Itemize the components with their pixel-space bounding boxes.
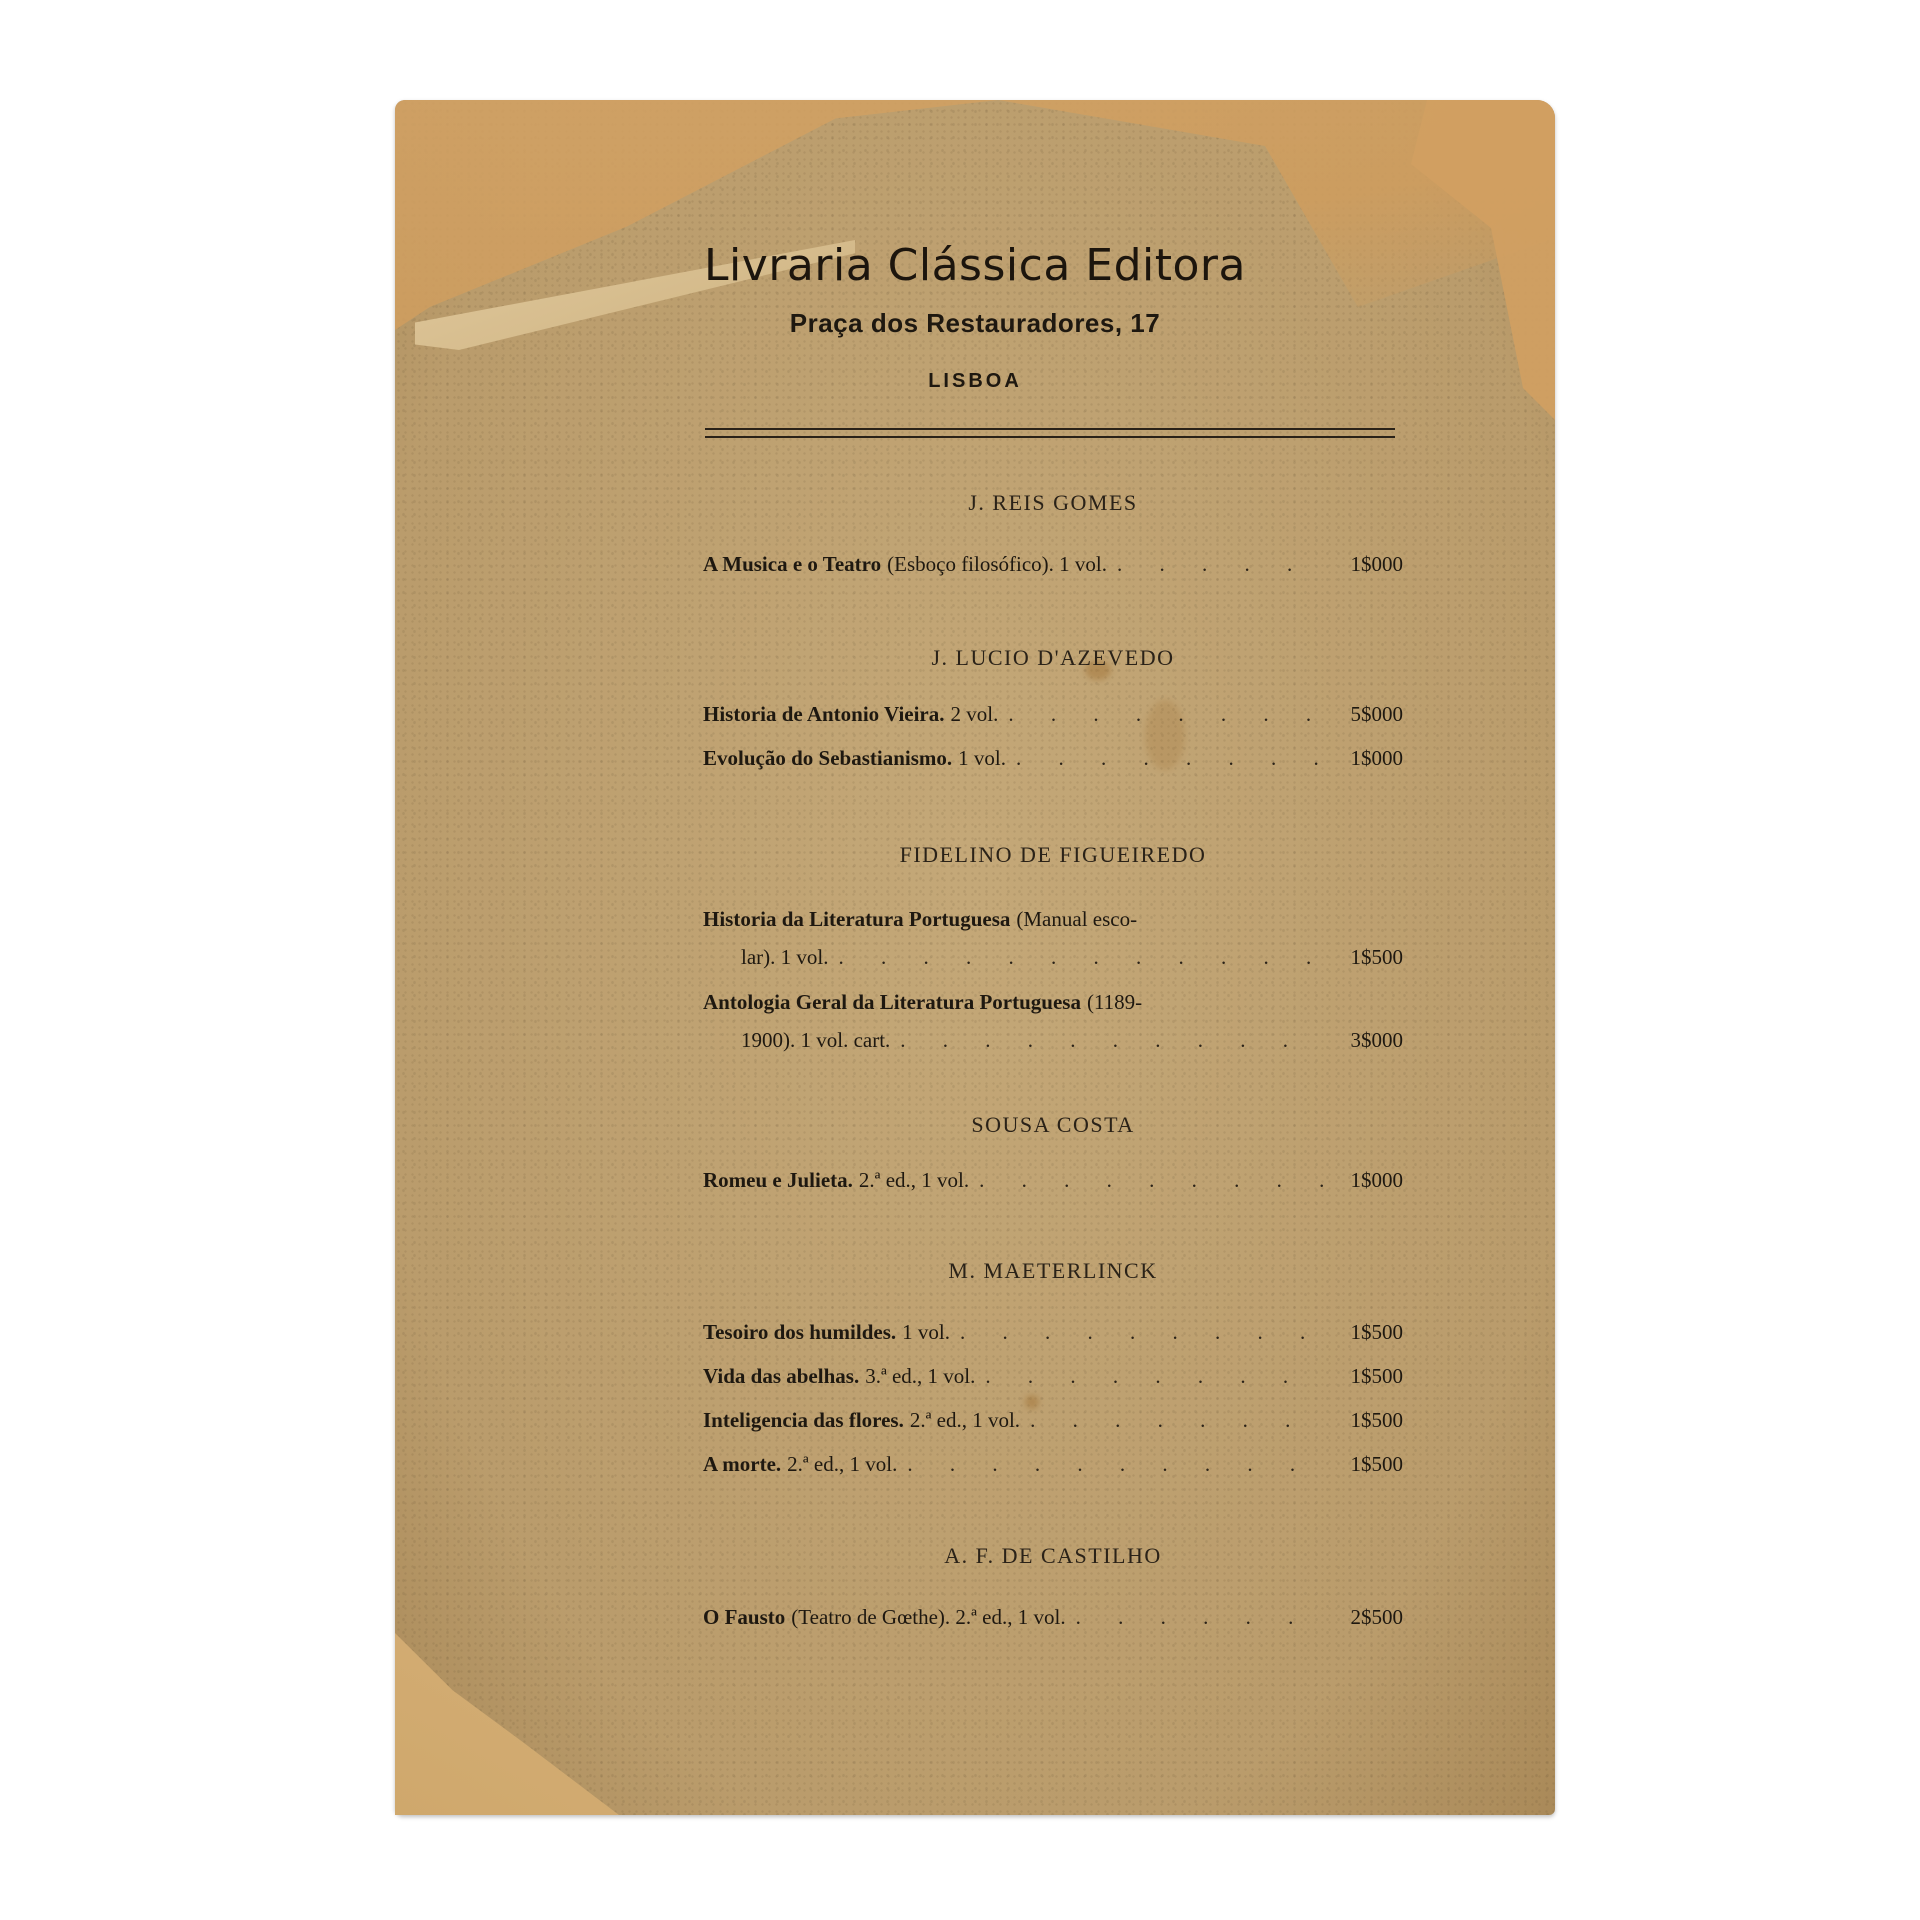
leader-dots xyxy=(960,1318,1323,1346)
book-price: 1$500 xyxy=(1333,1450,1403,1478)
book-entry-continuation: lar). 1 vol. 1$500 xyxy=(703,943,1403,971)
divider-rule xyxy=(705,428,1395,430)
book-entry-continuation: 1900). 1 vol. cart. 3$000 xyxy=(703,1026,1403,1054)
book-details: 2.ª ed., 1 vol. xyxy=(787,1450,897,1478)
book-title: Tesoiro dos humildes. xyxy=(703,1318,896,1346)
book-price: 1$500 xyxy=(1333,1406,1403,1434)
book-title: A Musica e o Teatro xyxy=(703,550,881,578)
book-details: 2 vol. xyxy=(951,700,999,728)
book-details: 2.ª ed., 1 vol. xyxy=(859,1166,969,1194)
book-price: 1$500 xyxy=(1333,1318,1403,1346)
book-entry: O Fausto (Teatro de Gœthe). 2.ª ed., 1 v… xyxy=(703,1603,1403,1631)
book-title: Antologia Geral da Literatura Portuguesa xyxy=(703,988,1081,1016)
leader-dots xyxy=(907,1450,1323,1478)
leader-dots xyxy=(1030,1406,1323,1434)
author-heading: FIDELINO DE FIGUEIREDO xyxy=(703,842,1403,868)
book-entry: Vida das abelhas. 3.ª ed., 1 vol. 1$500 xyxy=(703,1362,1403,1390)
book-title: Inteligencia das flores. xyxy=(703,1406,904,1434)
leader-dots xyxy=(900,1026,1323,1054)
leader-dots xyxy=(1117,550,1323,578)
leader-dots xyxy=(985,1362,1323,1390)
page-content: Livraria Clássica Editora Praça dos Rest… xyxy=(395,100,1555,1815)
book-entry: Antologia Geral da Literatura Portuguesa… xyxy=(703,988,1403,1016)
publisher-name: Livraria Clássica Editora xyxy=(395,240,1555,291)
book-price: 5$000 xyxy=(1333,700,1403,728)
book-title: Romeu e Julieta. xyxy=(703,1166,853,1194)
leader-dots xyxy=(838,943,1323,971)
book-entry: Tesoiro dos humildes. 1 vol. 1$500 xyxy=(703,1318,1403,1346)
book-details: (1189- xyxy=(1087,988,1142,1016)
book-details-continued: lar). 1 vol. xyxy=(741,943,828,971)
book-entry: A Musica e o Teatro (Esboço filosófico).… xyxy=(703,550,1403,578)
book-details: 2.ª ed., 1 vol. xyxy=(910,1406,1020,1434)
book-entry: Inteligencia das flores. 2.ª ed., 1 vol.… xyxy=(703,1406,1403,1434)
author-heading: M. MAETERLINCK xyxy=(703,1258,1403,1284)
book-price: 3$000 xyxy=(1333,1026,1403,1054)
author-heading: A. F. DE CASTILHO xyxy=(703,1543,1403,1569)
publisher-address: Praça dos Restauradores, 17 xyxy=(395,308,1555,339)
book-price: 1$000 xyxy=(1333,550,1403,578)
book-entry: A morte. 2.ª ed., 1 vol. 1$500 xyxy=(703,1450,1403,1478)
book-details: 3.ª ed., 1 vol. xyxy=(865,1362,975,1390)
leader-dots xyxy=(979,1166,1323,1194)
leader-dots xyxy=(1016,744,1323,772)
book-title: A morte. xyxy=(703,1450,781,1478)
leader-dots xyxy=(1076,1603,1323,1631)
book-title: Vida das abelhas. xyxy=(703,1362,859,1390)
book-title: O Fausto xyxy=(703,1603,785,1631)
book-details: 1 vol. xyxy=(902,1318,950,1346)
author-heading: SOUSA COSTA xyxy=(703,1112,1403,1138)
book-entry: Historia de Antonio Vieira. 2 vol. 5$000 xyxy=(703,700,1403,728)
book-price: 1$000 xyxy=(1333,744,1403,772)
catalog-page: Livraria Clássica Editora Praça dos Rest… xyxy=(395,100,1555,1815)
divider-rule xyxy=(705,436,1395,438)
book-details: (Esboço filosófico). 1 vol. xyxy=(887,550,1107,578)
book-details-continued: 1900). 1 vol. cart. xyxy=(741,1026,890,1054)
leader-dots xyxy=(1008,700,1323,728)
publisher-city: LISBOA xyxy=(395,370,1555,393)
book-entry: Historia da Literatura Portuguesa (Manua… xyxy=(703,905,1403,933)
book-title: Historia da Literatura Portuguesa xyxy=(703,905,1010,933)
book-entry: Evolução do Sebastianismo. 1 vol. 1$000 xyxy=(703,744,1403,772)
author-heading: J. LUCIO D'AZEVEDO xyxy=(703,645,1403,671)
book-price: 1$000 xyxy=(1333,1166,1403,1194)
book-entry: Romeu e Julieta. 2.ª ed., 1 vol. 1$000 xyxy=(703,1166,1403,1194)
book-details: 1 vol. xyxy=(958,744,1006,772)
book-price: 2$500 xyxy=(1333,1603,1403,1631)
book-details: (Teatro de Gœthe). 2.ª ed., 1 vol. xyxy=(791,1603,1065,1631)
book-title: Evolução do Sebastianismo. xyxy=(703,744,952,772)
author-heading: J. REIS GOMES xyxy=(703,490,1403,516)
book-price: 1$500 xyxy=(1333,943,1403,971)
book-title: Historia de Antonio Vieira. xyxy=(703,700,945,728)
book-details: (Manual esco- xyxy=(1016,905,1137,933)
book-price: 1$500 xyxy=(1333,1362,1403,1390)
